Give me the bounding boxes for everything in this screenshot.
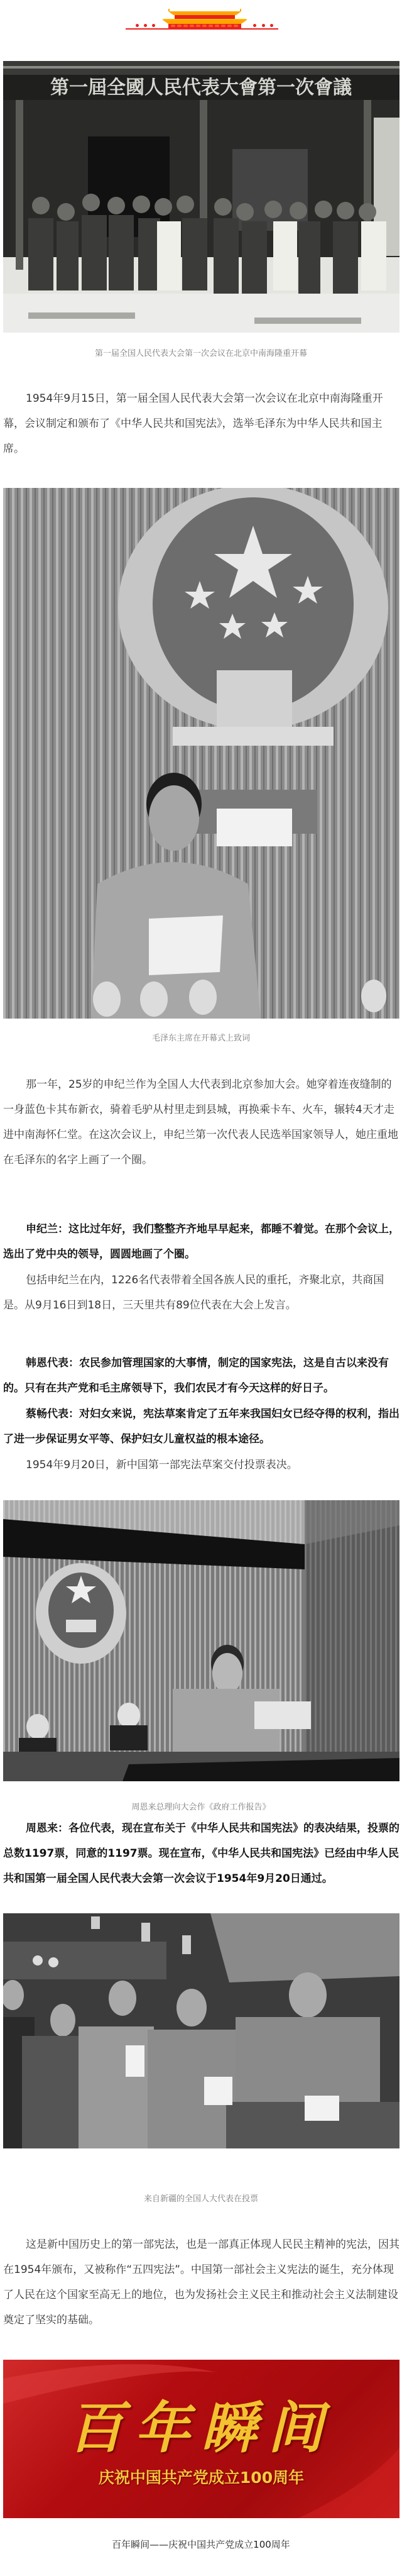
paragraph: 那一年，25岁的申纪兰作为全国人大代表到北京参加大会。她穿着连夜缝制的一身蓝色卡… [3, 1072, 400, 1173]
header-dot [144, 24, 147, 27]
header-dot [270, 24, 273, 27]
sign-text: 第一屆全國人民代表大會第一次會議 [50, 77, 352, 99]
banner-title: 百年瞬间 [3, 2396, 399, 2459]
banner-subtitle: 庆祝中国共产党成立100周年 [3, 2468, 399, 2488]
figure-caption: 毛泽东主席在开幕式上致词 [0, 1032, 402, 1045]
header-dot [262, 24, 265, 27]
header-dot [136, 24, 139, 27]
paragraph: 包括申纪兰在内，1226名代表带着全国各族人民的重托，齐聚北京，共商国是。从9月… [3, 1268, 400, 1318]
photo-zhou-enlai-report [3, 1500, 399, 1781]
photo-group-npc-opening: 第一屆全國人民代表大會第一次會議 [3, 61, 399, 333]
paragraph: 这是新中国历史上的第一部宪法，也是一部真正体现人民民主精神的宪法，因其在1954… [3, 2232, 400, 2333]
quote-paragraph: 蔡畅代表：对妇女来说，宪法草案肯定了五年来我国妇女已经夺得的权利，指出了进一步保… [3, 1401, 400, 1452]
quote-paragraph: 申纪兰：这比过年好，我们整整齐齐地早早起来，都睡不着觉。在那个会议上，选出了党中… [3, 1217, 400, 1267]
paragraph: 1954年9月20日，新中国第一部宪法草案交付投票表决。 [3, 1452, 400, 1478]
centennial-banner: 百年瞬间 庆祝中国共产党成立100周年 [3, 2360, 399, 2518]
header-dot [152, 24, 155, 27]
paragraph: 1954年9月15日，第一届全国人民代表大会第一次会议在北京中南海隆重开幕，会议… [3, 386, 400, 462]
banner-caption: 百年瞬间——庆祝中国共产党成立100周年 [0, 2538, 402, 2551]
figure-caption: 来自新疆的全国人大代表在投票 [0, 2193, 402, 2206]
photo-xinjiang-delegates-voting [3, 1913, 399, 2148]
header-dot [253, 24, 256, 27]
tiananmen-gate-icon [162, 9, 247, 29]
quote-paragraph: 周恩来：各位代表，现在宣布关于《中华人民共和国宪法》的表决结果，投票的总数119… [3, 1816, 400, 1891]
figure-caption: 周恩来总理向大会作《政府工作报告》 [0, 1801, 402, 1814]
photo-mao-opening-speech [3, 488, 399, 1019]
figure-caption: 第一届全国人民代表大会第一次会议在北京中南海隆重开幕 [0, 348, 402, 360]
quote-paragraph: 韩恩代表：农民参加管理国家的大事情，制定的国家宪法，这是自古以来没有的。只有在共… [3, 1351, 400, 1401]
